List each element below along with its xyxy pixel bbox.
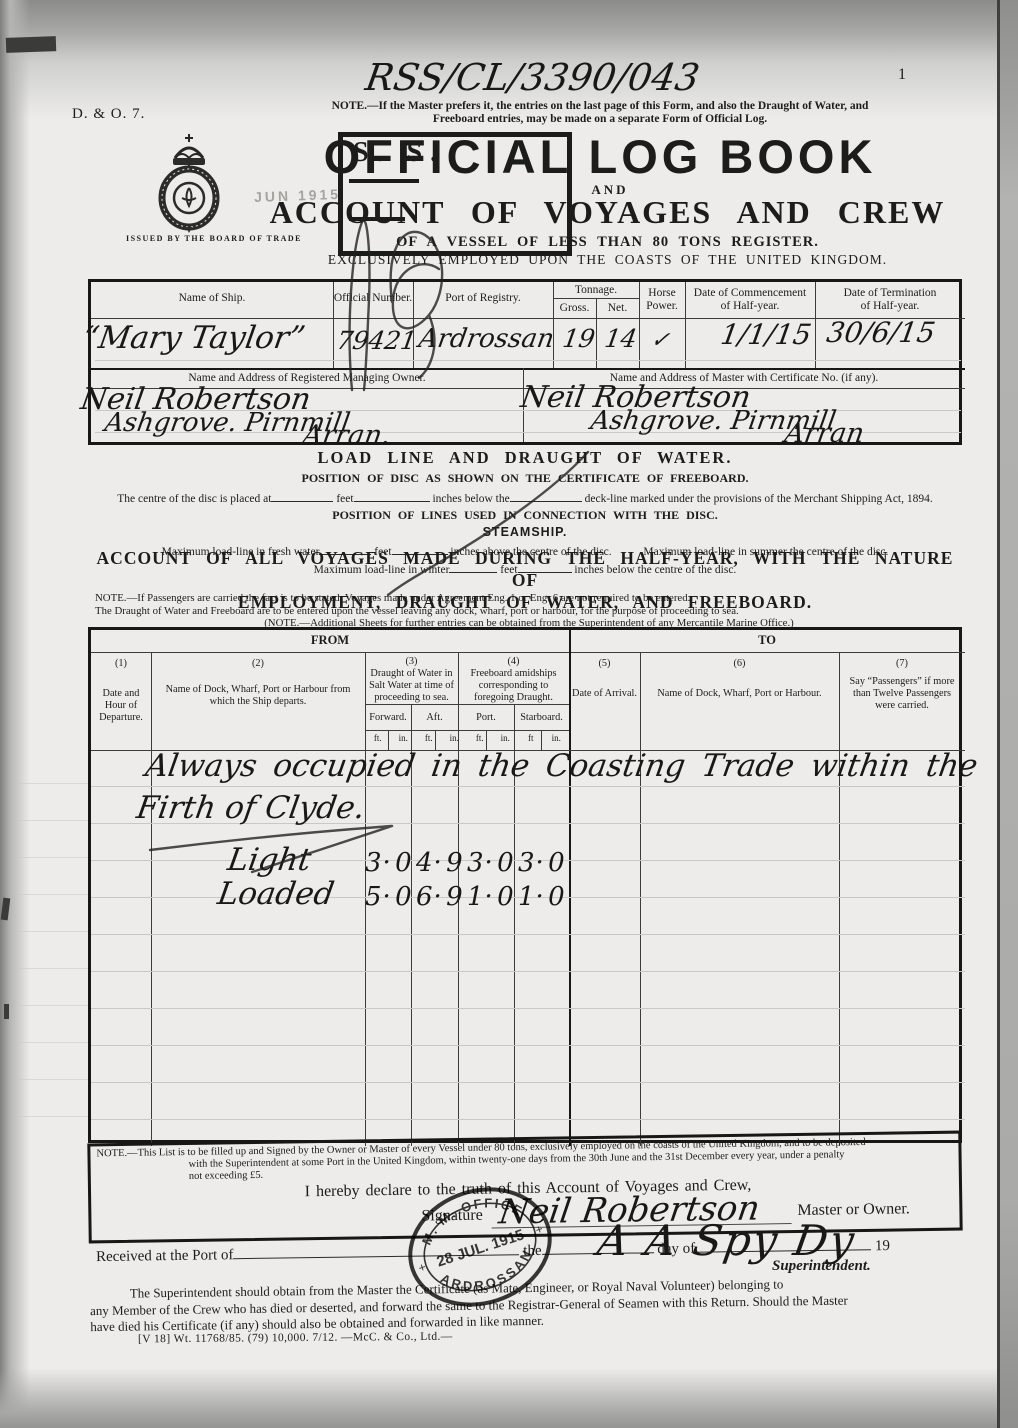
- remark-line2: Firth of Clyde.: [134, 790, 367, 826]
- col2-header: (2) Name of Dock, Wharf, Port or Harbour…: [151, 656, 365, 710]
- col3-aft: Aft.: [411, 710, 458, 726]
- scan-artifact-mark: [6, 36, 56, 53]
- commencement-value: 1/1/15: [718, 318, 813, 351]
- account-notes: NOTE.—If Passengers are carried the fact…: [95, 592, 963, 630]
- disc-centre-line: The centre of the disc is placed at feet…: [88, 489, 962, 505]
- steamship-stamp: STEAMSHIP.: [88, 525, 962, 539]
- top-note-line1: NOTE.—If the Master prefers it, the entr…: [332, 100, 869, 112]
- vessel-line: OF A VESSEL OF LESS THAN 80 TONS REGISTE…: [240, 234, 975, 251]
- ship-name-value: “Mary Taylor”: [80, 320, 307, 356]
- form-code: D. & O. 7.: [72, 106, 145, 123]
- horse-power-value: ✓: [649, 328, 671, 353]
- owner-island-value: Arran.: [301, 420, 393, 451]
- col4-starboard: Starboard.: [514, 710, 569, 726]
- col7-header: (7) Say “Passengers” if more than Twelve…: [839, 656, 965, 714]
- adjacent-page-edge: [997, 0, 1018, 1428]
- col-commencement: Date of Commencement of Half-year.: [685, 287, 815, 313]
- col5-header: (5) Date of Arrival.: [569, 656, 640, 702]
- col6-header: (6) Name of Dock, Wharf, Port or Harbour…: [640, 656, 839, 702]
- net-tonnage-value: 14: [603, 324, 639, 353]
- scanned-log-book-page: RSS/CL/3390/043 1 D. & O. 7. NOTE.—If th…: [0, 0, 1018, 1428]
- col-name-of-ship: Name of Ship.: [91, 292, 333, 305]
- col4-header: (4) Freeboard amidships corresponding to…: [458, 654, 569, 706]
- col4-port: Port.: [458, 710, 514, 726]
- voyage-table: FROM TO (1) Date and Hour of Departure. …: [88, 627, 962, 1143]
- light-row-label: Light: [225, 842, 313, 878]
- loaded-row-values: 5 0 6 9 1 0 1 0: [365, 882, 569, 912]
- load-line-heading: LOAD LINE AND DRAUGHT OF WATER.: [88, 448, 962, 468]
- termination-value: 30/6/15: [824, 316, 937, 349]
- col-port-of-registry: Port of Registry.: [413, 292, 553, 305]
- employed-line: EXCLUSIVELY EMPLOYED UPON THE COASTS OF …: [240, 252, 975, 268]
- col-horse-power: Horse Power.: [639, 287, 685, 313]
- col-termination: Date of Termination of Half-year.: [815, 287, 965, 313]
- account-heading-line1: ACCOUNT OF ALL VOYAGES MADE DURING THE H…: [88, 547, 962, 591]
- lines-position-heading: POSITION OF LINES USED IN CONNECTION WIT…: [88, 508, 962, 523]
- col-tonnage: Tonnage.: [553, 284, 639, 297]
- scan-shadow-left: [0, 0, 30, 1428]
- remark-line1: Always occupied in the Coasting Trade wi…: [143, 748, 980, 784]
- col1-header: (1) Date and Hour of Departure.: [91, 656, 151, 726]
- top-note-line2: Freeboard entries, may be made on a sepa…: [433, 113, 767, 125]
- ship-particulars-table: Name of Ship. Official Number. Port of R…: [88, 279, 962, 445]
- account-note2: The Draught of Water and Freeboard are t…: [95, 605, 963, 618]
- gross-tonnage-value: 19: [561, 324, 597, 353]
- archive-reference-handwritten: RSS/CL/3390/043: [363, 56, 703, 99]
- col-official-number: Official Number.: [333, 292, 413, 305]
- to-header: TO: [569, 633, 965, 648]
- col-gross: Gross.: [553, 302, 596, 315]
- col3-header: (3) Draught of Water in Salt Water at ti…: [365, 654, 458, 706]
- margin-ruled-lines: [18, 747, 88, 1143]
- page-number: 1: [898, 66, 906, 84]
- light-row-values: 3 0 4 9 3 0 3 0: [365, 848, 569, 878]
- main-title: OFFICIAL LOG BOOK: [310, 129, 890, 184]
- account-note1: NOTE.—If Passengers are carried the fact…: [95, 592, 963, 605]
- port-of-registry-value: Ardrossan: [417, 324, 557, 354]
- printer-imprint: [V 18] Wt. 11768/85. (79) 10,000. 7/12. …: [138, 1331, 453, 1346]
- subtitle: ACCOUNT OF VOYAGES AND CREW: [240, 194, 975, 231]
- from-header: FROM: [91, 633, 569, 648]
- scan-shadow-bottom: [0, 1368, 1018, 1428]
- stamp-left-mark: +: [416, 1259, 428, 1276]
- official-number-value: 79421: [335, 326, 419, 355]
- col-net: Net.: [596, 302, 639, 315]
- board-of-trade-crest: [142, 132, 236, 236]
- received-label: Received at the Port of: [96, 1247, 234, 1265]
- col3-forward: Forward.: [365, 710, 411, 726]
- scan-artifact-mark: [4, 1004, 9, 1019]
- top-note: NOTE.—If the Master prefers it, the entr…: [295, 100, 905, 126]
- units-row: ft. in. ft. in. ft. in. ft in.: [365, 733, 569, 743]
- year-prefix: 19: [875, 1238, 890, 1254]
- loaded-row-label: Loaded: [215, 876, 336, 912]
- superintendent-label: Superintendent.: [772, 1258, 871, 1275]
- master-island-value: Arran: [783, 418, 867, 449]
- disc-position-heading: POSITION OF DISC AS SHOWN ON THE CERTIFI…: [88, 471, 962, 486]
